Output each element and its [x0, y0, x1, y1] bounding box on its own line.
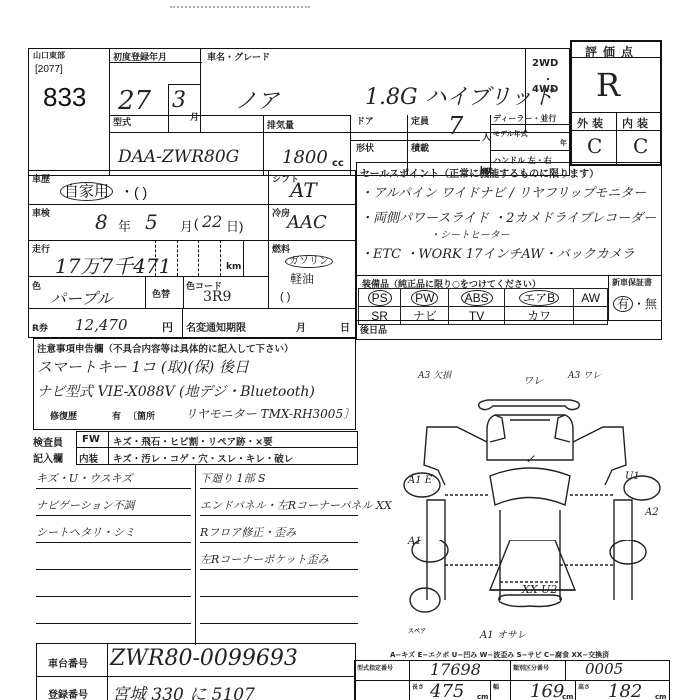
exterior-label: 外装: [577, 115, 607, 131]
remark-right: 下廻り 1部 S: [200, 470, 266, 486]
divider: [570, 130, 662, 131]
divider: [575, 680, 576, 700]
equip-airbag-label: エアB: [519, 290, 559, 306]
color-label: 色: [32, 279, 41, 292]
color-value: パープル: [50, 286, 113, 309]
length-label: 長さ: [412, 682, 424, 691]
first-reg-label: 初度登録年月: [113, 50, 167, 63]
divider: [198, 240, 199, 276]
recycle-value: 12,470: [75, 316, 128, 334]
deadline-day: 日: [340, 319, 350, 334]
divider: [182, 308, 183, 338]
equip-ps: PS: [359, 289, 401, 307]
notes-line-2: ナビ型式 VIE-X088V (地デジ・Bluetooth): [37, 381, 315, 401]
notes-title: 注意事項申告欄（不具合内容等は具体的に記入して下さい）: [37, 341, 294, 355]
repair-history-label: 修復歴: [50, 409, 77, 422]
remark-line: [200, 596, 358, 597]
drive-2wd: 2WD: [532, 58, 558, 69]
type-designation-value: 17698: [430, 660, 481, 679]
repair-place: リヤモニター TMX-RH3005〕: [185, 405, 355, 422]
dealer-label: ディーラー・並行: [493, 113, 556, 124]
color-code: 3R9: [203, 289, 231, 305]
mark-front-right: A3 ワレ: [568, 368, 601, 381]
divider: [168, 84, 200, 85]
height-unit: cm: [655, 693, 666, 700]
equip-abs: ABS: [449, 289, 505, 307]
divider: [28, 276, 268, 277]
inspection-month: 5: [145, 210, 158, 234]
sales-line-2: ・両側パワースライド ・2カメドライブレコーダー: [360, 207, 656, 226]
divider: [28, 204, 356, 205]
fw-items: キズ・飛石・ヒビ割・リペア跡・×要: [113, 434, 273, 448]
exterior-score: C: [587, 134, 602, 158]
remark-right: 左Rコーナーポケット歪み: [200, 551, 329, 567]
remark-right: Rフロア修正・歪み: [200, 524, 296, 540]
inspection-year: 8: [95, 210, 108, 234]
mark-right-front: U1: [625, 471, 640, 482]
equip-abs-label: ABS: [461, 290, 493, 306]
equip-aw: AW: [574, 289, 608, 307]
divider: [36, 676, 356, 677]
divider: [490, 150, 570, 151]
length-unit: cm: [477, 693, 488, 700]
mileage-unit: km: [226, 262, 241, 272]
interior-items: キズ・汚レ・コゲ・穴・スレ・キレ・破レ: [113, 451, 293, 465]
inspection-day-unit: 日): [226, 216, 243, 235]
interior-score: C: [633, 134, 648, 158]
venue-code: [2077]: [35, 64, 63, 75]
usage-circled: 自家用: [60, 182, 113, 201]
car-name-label: 車名・グレード: [207, 50, 270, 63]
venue-label: 山口東部: [33, 50, 65, 61]
load-label: 積載: [411, 141, 429, 154]
header-faint-marks: [170, 6, 310, 11]
mark-left-rear: A1: [408, 536, 422, 547]
sales-line-1: ・アルパイン ワイドナビ / リヤフリップモニター: [360, 182, 646, 201]
deadline-label: 名変通知期限: [186, 319, 246, 334]
remark-line: [200, 515, 358, 516]
sales-line-3: ・シートヒーター: [430, 226, 510, 241]
mark-rear: XX U2: [522, 583, 557, 596]
inspection-year-unit: 年: [118, 216, 131, 235]
divider: [28, 308, 356, 309]
displacement-value: 1800: [282, 147, 328, 168]
divider: [263, 115, 264, 176]
equip-pw-label: PW: [411, 290, 438, 306]
doors-label: ドア: [356, 114, 374, 127]
remark-line: [200, 542, 358, 543]
fuel-option-diesel: 軽油: [290, 270, 314, 287]
divider: [200, 48, 201, 132]
shape-label: 形状: [356, 141, 374, 154]
divider: [145, 276, 146, 308]
category-label: 類別区分番号: [513, 663, 549, 672]
reg-number-label: 登録番号: [48, 686, 88, 700]
divider: [28, 240, 356, 241]
mark-rear-bumper: A1 オサレ: [480, 626, 527, 641]
remark-left: ナビゲーション不調: [36, 497, 135, 513]
inspector-entry-label: 記入欄: [33, 450, 63, 465]
model-label: 型式: [113, 115, 131, 128]
aircon-value: AAC: [287, 212, 327, 233]
mark-front-left: A3 欠損: [418, 368, 451, 381]
mileage-value: 17万7千471: [55, 250, 171, 279]
equip-pw: PW: [401, 289, 449, 307]
width-unit: cm: [562, 693, 573, 700]
fuel-circled: ガソリン: [285, 255, 333, 268]
height-label: 高さ: [578, 682, 590, 691]
length-value: 475: [430, 681, 464, 700]
divider: [108, 431, 109, 465]
fuel-option-other: ( ): [280, 291, 290, 303]
divider: [409, 660, 410, 700]
chassis-label: 車台番号: [48, 655, 88, 670]
divider: [243, 240, 244, 276]
divider: [608, 275, 609, 320]
remark-line: [36, 569, 191, 570]
drive-4wd: 4WD: [532, 84, 558, 95]
equip-tv: TV: [449, 307, 505, 325]
height-value: 182: [608, 681, 642, 700]
usage-suffix: ・( ): [120, 182, 147, 202]
spare-label: スペア: [408, 626, 426, 635]
divider: [356, 275, 662, 276]
remark-left: キズ・U・ウスキズ: [36, 470, 133, 486]
later-items-label: 後日品: [360, 323, 387, 336]
divider: [616, 112, 617, 166]
divider: [107, 643, 108, 700]
damage-legend: A−キズ E−エクボ U−凹み W−波歪み S−サビ C−腐食 XX−交換済: [390, 650, 609, 660]
color-change-label: 色替: [152, 287, 170, 300]
equip-sr: SR: [359, 307, 401, 325]
yen-unit: 円: [162, 319, 173, 335]
divider: [155, 240, 156, 276]
shift-value: AT: [290, 178, 317, 202]
divider: [350, 115, 351, 176]
mark-left-front: A1 E: [408, 475, 432, 486]
divider: [268, 170, 269, 308]
warranty-no: 無: [645, 297, 657, 311]
warranty-label: 新車保証書: [612, 277, 652, 288]
mileage-label: 走行: [32, 242, 50, 255]
remark-line: [200, 569, 358, 570]
mark-front-center: ワレ: [523, 372, 543, 387]
usage-label: 車歴: [32, 172, 50, 185]
inspection-label: 車検: [32, 206, 50, 219]
seats-label: 定員: [411, 114, 429, 127]
recycle-label: R券: [32, 321, 48, 334]
remark-line: [36, 596, 191, 597]
divider: [168, 84, 169, 132]
divider: [490, 680, 491, 700]
divider: [195, 465, 196, 645]
interior-label-small: 内装: [79, 451, 98, 465]
remark-line: [36, 515, 191, 516]
remark-line: [200, 623, 358, 624]
mark-hood: ✓: [525, 452, 535, 466]
repair-history-value: 有: [112, 409, 121, 422]
equip-empty: [574, 307, 608, 325]
inspector-label: 検査員: [33, 434, 63, 449]
cc-unit: cc: [332, 158, 344, 169]
mark-right-rear: A2: [645, 507, 659, 518]
chassis-value: ZWR80-0099693: [110, 646, 298, 671]
overall-score: R: [596, 66, 620, 104]
first-reg-year: 27: [118, 86, 151, 116]
model-value: DAA-ZWR80G: [118, 147, 239, 167]
interior-label: 内装: [622, 115, 652, 131]
lot-number: 833: [43, 82, 86, 113]
deadline-month: 月: [296, 319, 306, 334]
divider: [565, 660, 566, 680]
sales-line-4: ・ETC ・WORK 17インチAW・バックカメラ: [360, 243, 635, 262]
divider: [177, 240, 178, 276]
inspection-day: 22: [202, 212, 222, 231]
width-label: 幅: [493, 682, 499, 691]
remark-line: [36, 623, 191, 624]
remark-line: [36, 488, 191, 489]
equip-leather: カワ: [505, 307, 574, 325]
car-rear-diagram: [370, 540, 690, 620]
remark-line: [36, 542, 191, 543]
fuel-value: ガソリン: [285, 252, 333, 267]
notes-line-1: スマートキー 1コ (取)(保) 後日: [37, 356, 249, 377]
divider: [356, 320, 662, 321]
year-unit: 年: [560, 138, 567, 148]
sales-title: セールスポイント（正常に機能するものに限ります）: [360, 165, 599, 180]
divider: [510, 660, 511, 700]
warranty-yes-circled: 有: [613, 296, 633, 312]
repair-place-label: 〔箇所: [128, 409, 155, 422]
warranty-yes: 有・無: [613, 295, 657, 312]
model-year-label: モデル年式: [493, 129, 528, 139]
first-reg-month: 3: [172, 88, 186, 113]
seats-value: 7: [448, 112, 463, 140]
usage-value: 自家用: [60, 180, 113, 201]
remark-line: [200, 488, 358, 489]
divider: [490, 124, 570, 125]
equip-ps-label: PS: [368, 290, 392, 306]
month-unit: 月: [190, 110, 199, 123]
reg-number-value: 宮城 330 に 5107: [112, 680, 255, 700]
car-name: ノア: [235, 84, 279, 115]
equip-navi: ナビ: [401, 307, 449, 325]
divider: [570, 57, 662, 58]
divider: [220, 240, 221, 276]
inspection-paren: (: [194, 216, 198, 231]
width-value: 169: [530, 681, 564, 700]
type-designation-label: 型式指定番号: [357, 663, 393, 672]
remark-right: エンドパネル・左Rコーナーパネル XX: [200, 497, 392, 513]
equip-airbag: エアB: [505, 289, 574, 307]
divider: [183, 276, 184, 308]
category-value: 0005: [585, 660, 623, 678]
fw-label: FW: [82, 434, 100, 445]
displacement-label: 排気量: [267, 118, 294, 131]
remark-left: シートヘタリ・シミ: [36, 524, 135, 540]
inspection-month-unit: 月: [180, 216, 193, 235]
divider: [110, 115, 350, 116]
